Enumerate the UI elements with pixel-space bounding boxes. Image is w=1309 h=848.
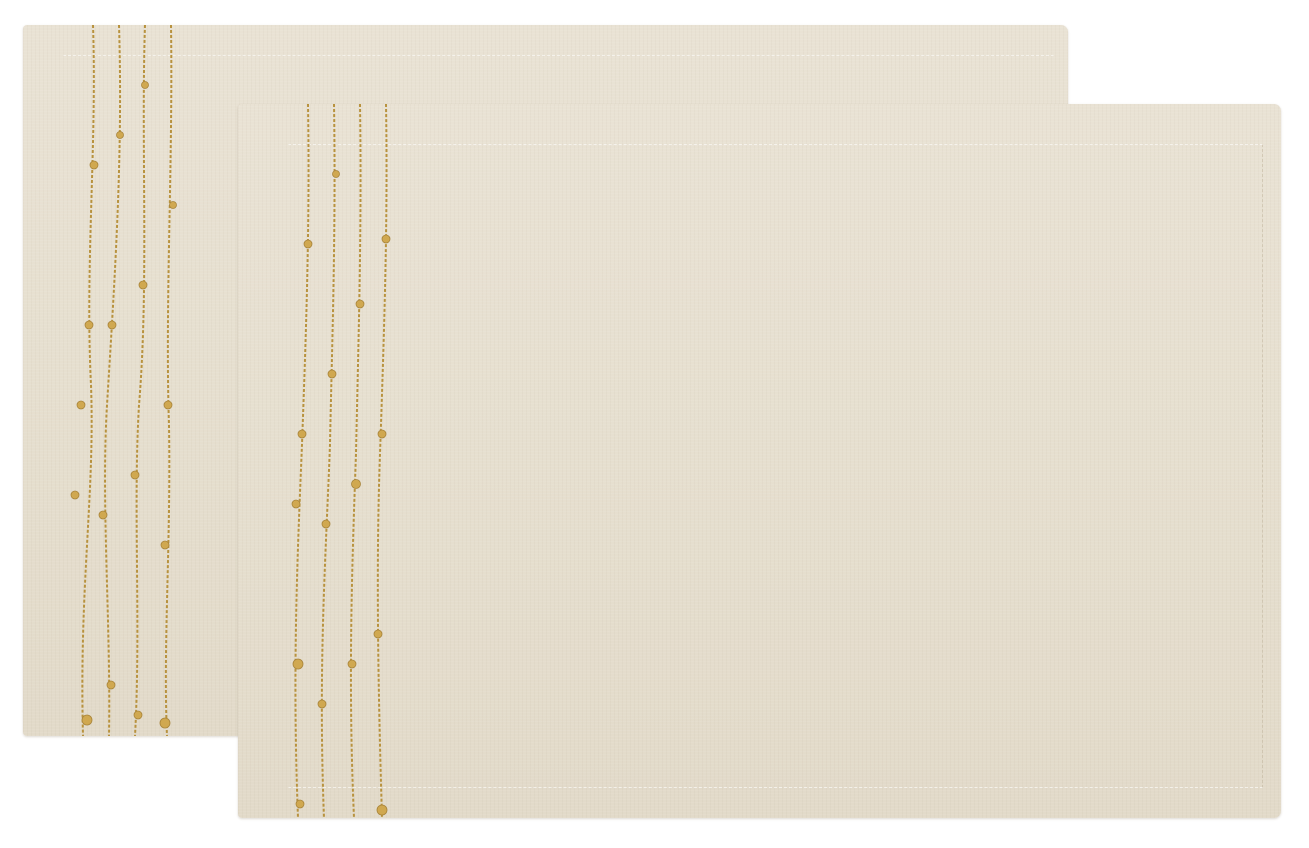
placemat-front (238, 104, 1281, 818)
gold-embroidery (238, 104, 538, 818)
